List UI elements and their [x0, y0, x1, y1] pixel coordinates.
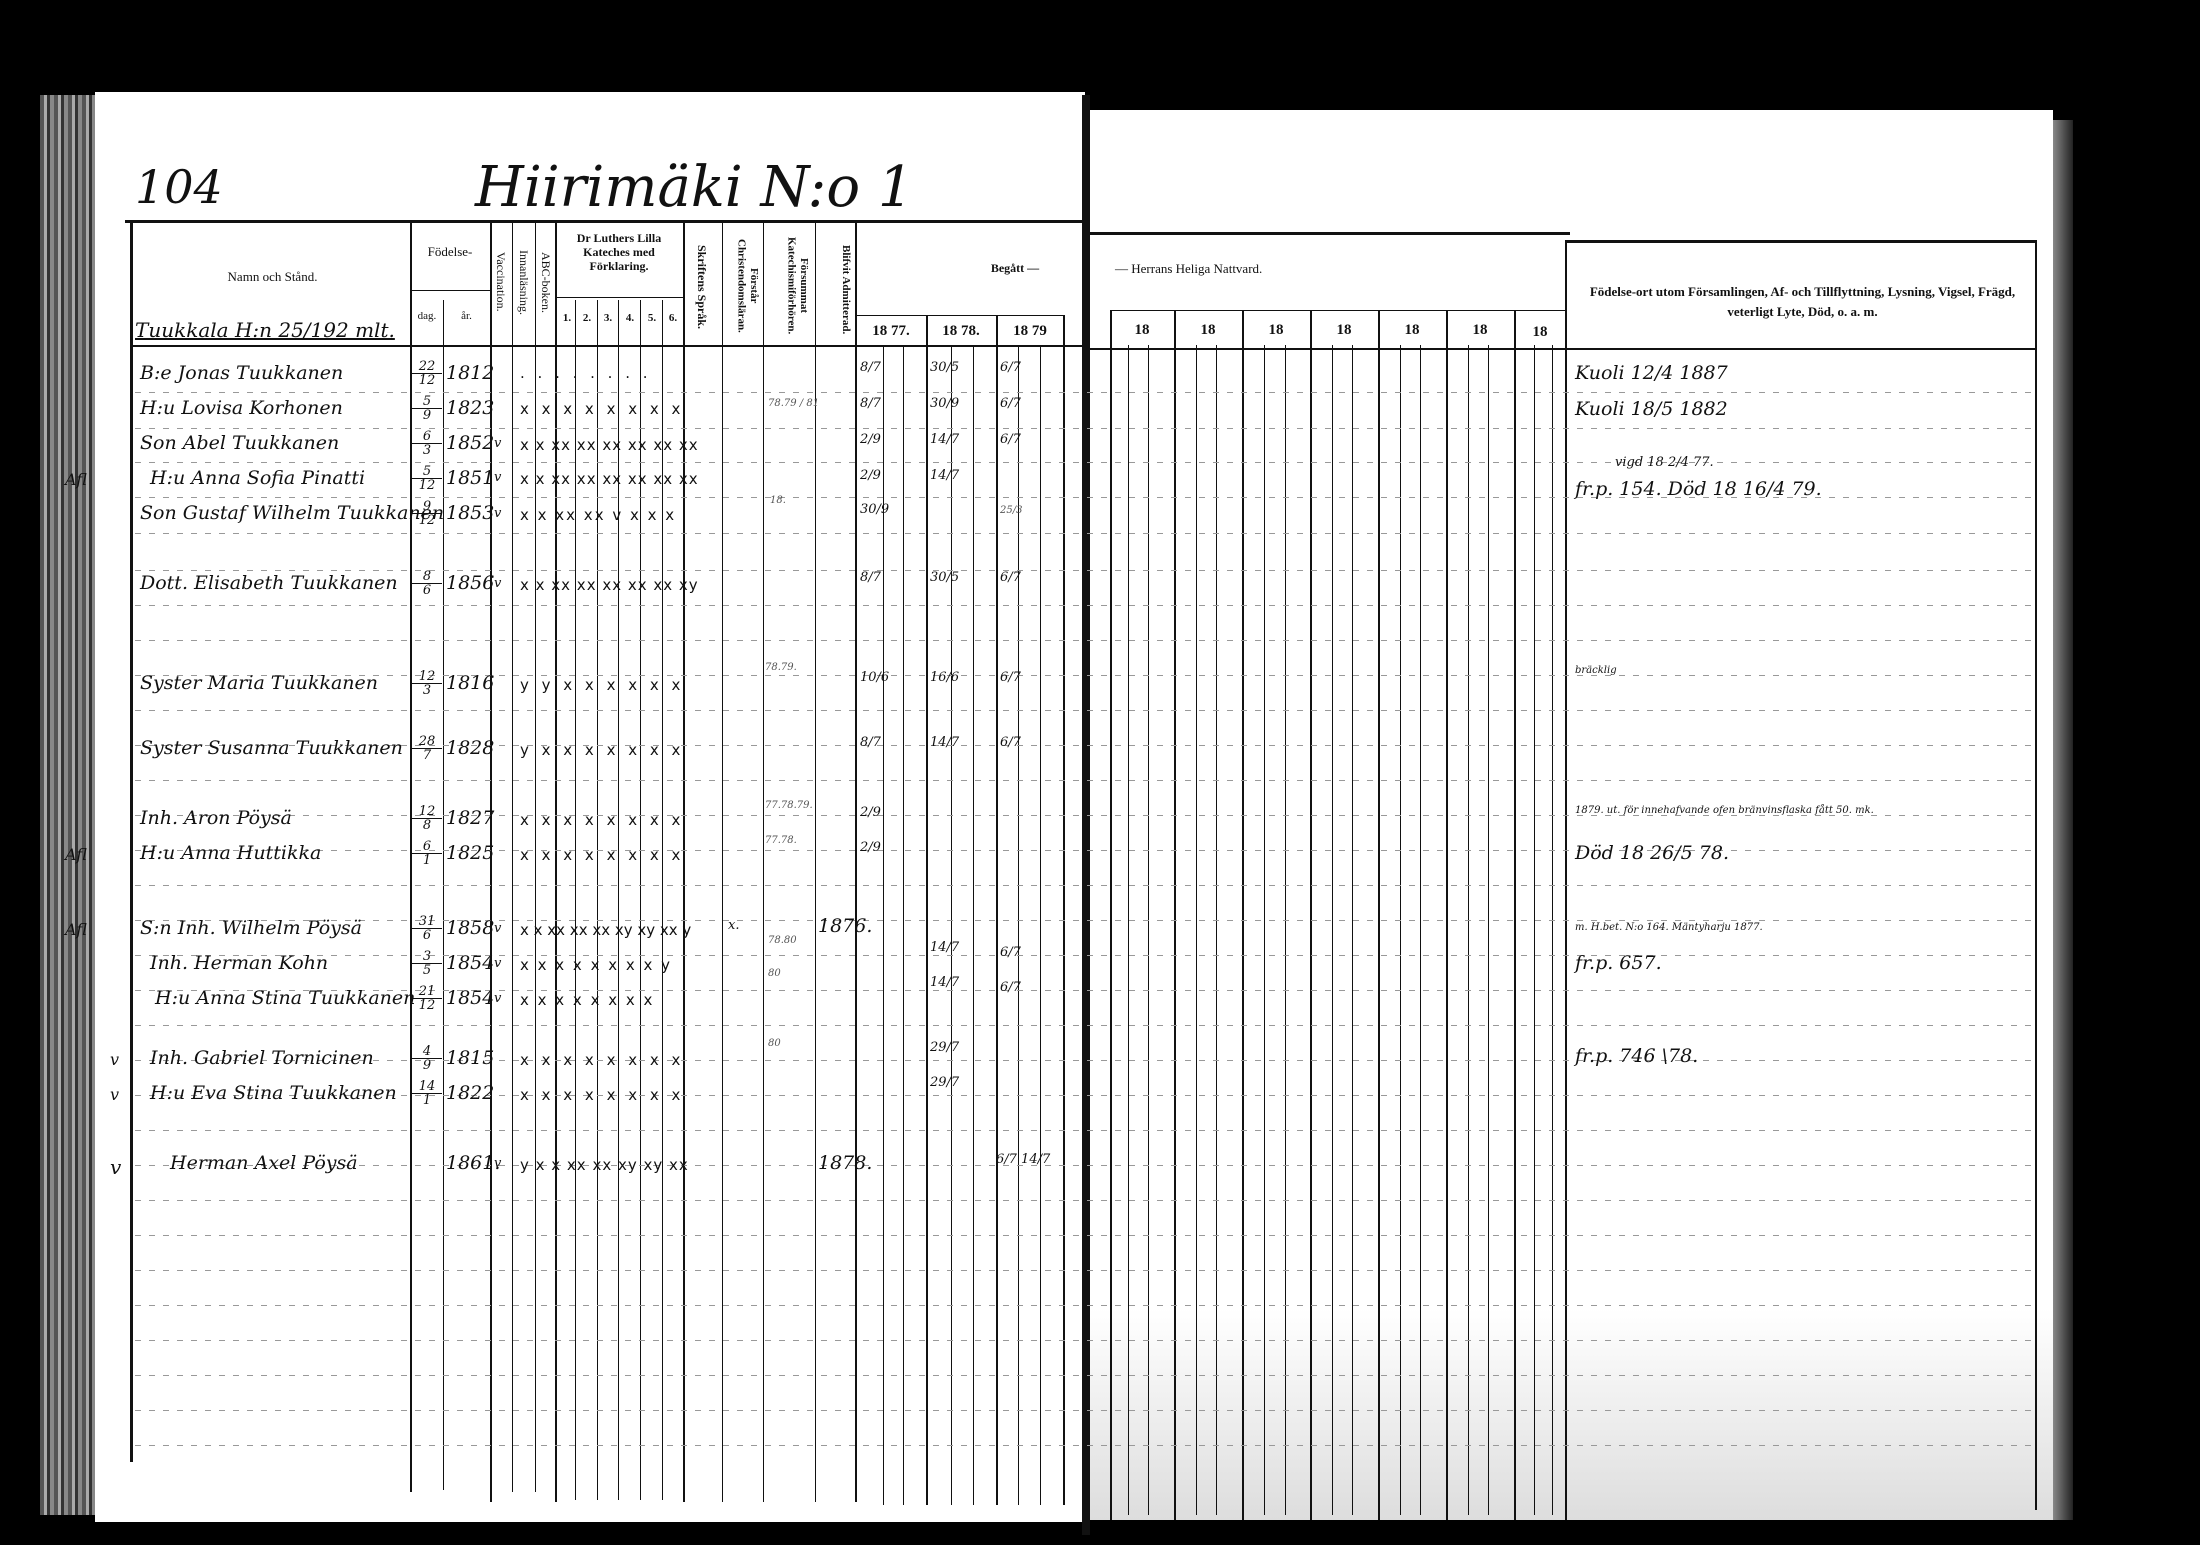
person-name: Syster Maria Tuukkanen	[140, 672, 378, 694]
birth-date: 123	[412, 670, 442, 697]
communion-1877: 2/9	[860, 468, 881, 483]
person-name: Inh. Aron Pöysä	[140, 807, 292, 829]
col-divider	[951, 345, 952, 1505]
header-communion-right: — Herrans Heliga Nattvard.	[1115, 262, 1365, 277]
understanding-mark: x.	[728, 918, 739, 933]
notes-right-border	[2035, 240, 2037, 1510]
person-name: B:e Jonas Tuukkanen	[140, 362, 343, 384]
communion-1878: 14/7	[930, 735, 959, 750]
birth-year: 1815	[446, 1047, 494, 1069]
reading-marks: x x x x x x x x	[520, 1086, 684, 1104]
person-name: Dott. Elisabeth Tuukkanen	[140, 572, 398, 594]
reading-marks: x x xx xx xx xy xy xx y	[520, 921, 691, 939]
vaccination: v	[494, 506, 501, 521]
communion-1879: 6/7	[1000, 396, 1021, 411]
reading-marks: y x x x x x x x	[520, 741, 684, 759]
col-divider	[443, 300, 444, 1490]
communion-1879: 6/7 14/7	[996, 1152, 1050, 1167]
vaccination: v	[494, 991, 501, 1006]
header-bottom-rule	[130, 345, 1085, 347]
person-name: Inh. Gabriel Tornicinen	[150, 1047, 374, 1069]
communion-1879: 6/7	[1000, 360, 1021, 375]
birth-date: 86	[412, 570, 442, 597]
birth-year: 1827	[446, 807, 494, 829]
header-cat-2: 2.	[577, 312, 597, 325]
header-year-1877: 18 77.	[858, 323, 924, 340]
person-name: H:u Anna Huttikka	[140, 842, 321, 864]
header-year-1878: 18 78.	[928, 323, 994, 340]
header-communion-left: Begått —	[960, 262, 1070, 276]
reading-marks: x x xx xx xx xx xx xy	[520, 576, 699, 594]
header-cat-1: 1.	[557, 312, 577, 325]
communion-1878: 14/7	[930, 940, 959, 955]
admitted-year: 1876.	[818, 915, 872, 937]
birth-year: 1828	[446, 737, 494, 759]
reading-marks: y y x x x x x x	[520, 676, 684, 694]
communion-1877: 8/7	[860, 396, 881, 411]
birth-year: 1825	[446, 842, 494, 864]
birth-year: 1851	[446, 467, 494, 489]
birth-year: 1854	[446, 987, 494, 1009]
birth-date: 316	[412, 915, 442, 942]
birth-date: 59	[412, 395, 442, 422]
header-rule	[410, 290, 490, 291]
col-divider	[855, 222, 857, 1502]
missed-catechism: 77.78.79.	[765, 800, 813, 811]
communion-1877: 8/7	[860, 570, 881, 585]
margin-mark: v	[110, 1085, 119, 1104]
col-divider	[512, 222, 513, 1492]
note: m. H.bet. N:o 164. Mäntyharju 1877.	[1575, 922, 1763, 933]
missed-catechism: 78.79 / 81	[768, 398, 819, 409]
birth-date: 35	[412, 950, 442, 977]
reading-marks: x x xx xx xx xx xx xx	[520, 470, 699, 488]
person-name: S:n Inh. Wilhelm Pöysä	[140, 917, 362, 939]
vaccination: v	[494, 470, 501, 485]
person-name: Inh. Herman Kohn	[150, 952, 328, 974]
admitted-year: 1878.	[818, 1152, 872, 1174]
header-reading: Innanläsning.	[516, 232, 530, 332]
person-name: H:u Anna Sofia Pinatti	[150, 467, 365, 489]
vaccination: v	[494, 436, 501, 451]
col-divider	[815, 222, 816, 1502]
header-rule	[555, 297, 683, 298]
left-border	[130, 222, 133, 1462]
communion-1879: 6/7	[1000, 570, 1021, 585]
communion-1878: 29/7	[930, 1075, 959, 1090]
communion-1878: 16/6	[930, 670, 959, 685]
header-understanding: Förstår Christendomsläran.	[726, 228, 760, 343]
person-name: Syster Susanna Tuukkanen	[140, 737, 403, 759]
col-divider	[1514, 310, 1516, 1520]
note: fr.p. 657.	[1575, 952, 1662, 974]
top-rule-left	[125, 220, 1085, 223]
birth-year: 1822	[446, 1082, 494, 1104]
col-divider	[1310, 310, 1312, 1520]
communion-1879: 6/7	[1000, 945, 1021, 960]
reading-marks: . . . . . . . .	[520, 364, 652, 382]
col-divider	[926, 315, 928, 1505]
birth-date: 49	[412, 1045, 442, 1072]
header-year-right: 18	[1448, 322, 1512, 339]
person-name: Son Abel Tuukkanen	[140, 432, 339, 454]
communion-1878: 30/9	[930, 396, 959, 411]
missed-catechism: 80	[768, 1038, 781, 1049]
vaccination: v	[494, 921, 501, 936]
missed-catechism: 80	[768, 968, 781, 979]
margin-mark: Afl	[65, 920, 87, 939]
communion-1879: 6/7	[1000, 980, 1021, 995]
header-year-right: 18	[1176, 322, 1240, 339]
header-year-right: 18	[1312, 322, 1376, 339]
col-divider	[1018, 345, 1019, 1505]
communion-1878: 30/5	[930, 570, 959, 585]
col-divider	[883, 345, 884, 1505]
header-notes: Födelse-ort utom Församlingen, Af- och T…	[1575, 282, 2030, 321]
birth-year: 1852	[446, 432, 494, 454]
header-cat-5: 5.	[642, 312, 662, 325]
person-name: H:u Lovisa Korhonen	[140, 397, 343, 419]
note: Kuoli 18/5 1882	[1575, 398, 1728, 420]
note: bräcklig	[1575, 665, 1617, 676]
header-cat-6: 6.	[663, 312, 683, 325]
vaccination: v	[494, 956, 501, 971]
birth-date: 63	[412, 430, 442, 457]
header-cat-4: 4.	[620, 312, 640, 325]
right-page-edge	[2053, 120, 2073, 1520]
reading-marks: x x xx xx v x x x	[520, 506, 676, 524]
communion-1878: 30/5	[930, 360, 959, 375]
birth-date: 128	[412, 805, 442, 832]
birth-year: 1854	[446, 952, 494, 974]
header-rule	[855, 315, 1065, 316]
header-catechism: Dr Luthers Lilla Katechеs med Förklaring…	[557, 232, 681, 273]
birth-date: 287	[412, 735, 442, 762]
communion-1878: 14/7	[930, 468, 959, 483]
reading-marks: x x x x x x x x	[520, 846, 684, 864]
col-divider	[1378, 310, 1380, 1520]
person-name: H:u Eva Stina Tuukkanen	[150, 1082, 397, 1104]
header-year-right: 18	[1380, 322, 1444, 339]
col-divider	[1242, 310, 1244, 1520]
communion-1879: 6/7	[1000, 670, 1021, 685]
col-divider	[1110, 310, 1112, 1520]
reading-marks: x x x x x x x x	[520, 811, 684, 829]
reading-marks: x x x x x x x x y	[520, 956, 672, 974]
margin-mark: v	[110, 1050, 119, 1069]
top-rule-right	[1090, 232, 1570, 235]
header-year-1879: 18 79	[998, 323, 1062, 340]
note: fr.p. 154. Död 18 16/4 79.	[1575, 478, 1822, 500]
header-rule	[1110, 310, 1565, 311]
reading-marks: y x x xx xx xy xy xx	[520, 1156, 689, 1174]
header-missed: Försummat Katechismiförhören.	[770, 228, 810, 343]
header-birth-day: dag.	[411, 310, 443, 323]
missed-catechism: 78.79.	[765, 662, 797, 673]
col-divider	[1040, 345, 1041, 1505]
col-divider	[903, 345, 904, 1505]
header-year-right: 18	[1516, 324, 1564, 341]
communion-1877: 2/9	[860, 432, 881, 447]
communion-1877: 2/9	[860, 805, 881, 820]
birth-year: 1812	[446, 362, 494, 384]
person-name: Son Gustaf Wilhelm Tuukkanen	[140, 502, 444, 524]
notes-divider	[1565, 240, 1567, 1520]
birth-year: 1861.	[446, 1152, 500, 1174]
header-year-right: 18	[1112, 322, 1172, 339]
communion-1878: 14/7	[930, 432, 959, 447]
col-divider	[1446, 310, 1448, 1520]
header-vaccination: Vaccination.	[493, 232, 507, 332]
col-divider	[1063, 315, 1065, 1505]
col-divider	[973, 345, 974, 1505]
birth-date: 61	[412, 840, 442, 867]
header-year-right: 18	[1244, 322, 1308, 339]
communion-1879: 6/7	[1000, 432, 1021, 447]
missed-catechism: 78.80	[768, 935, 797, 946]
communion-1877: 10/6	[860, 670, 889, 685]
header-name: Namn och Stånd.	[140, 270, 405, 285]
communion-1877: 2/9	[860, 840, 881, 855]
village-line: Tuukkala H:n 25/192 mlt.	[135, 318, 395, 342]
communion-1877: 8/7	[860, 360, 881, 375]
note: fr.p. 746 \78.	[1575, 1045, 1698, 1067]
birth-date: 2112	[412, 985, 442, 1012]
vaccination: v	[494, 1156, 501, 1171]
header-scripture: Skriftens Språk.	[694, 232, 708, 342]
communion-1877: 8/7	[860, 735, 881, 750]
communion-1879: 6/7	[1000, 735, 1021, 750]
margin-mark: Afl	[65, 470, 87, 489]
header-abc: ABC-boken.	[538, 232, 552, 332]
col-divider	[996, 315, 998, 1505]
birth-year: 1816	[446, 672, 494, 694]
communion-1879: 25/3	[1000, 505, 1022, 516]
header-bottom-rule-right	[1090, 348, 2035, 350]
reading-marks: x x x x x x x x	[520, 1051, 684, 1069]
reading-marks: x x x x x x x x	[520, 400, 684, 418]
birth-year: 1858	[446, 917, 494, 939]
birth-year: 1823	[446, 397, 494, 419]
page-number: 104	[135, 160, 223, 214]
vaccination: v	[494, 576, 501, 591]
communion-1877: 30/9	[860, 502, 889, 517]
communion-1878: 14/7	[930, 975, 959, 990]
communion-1878: 29/7	[930, 1040, 959, 1055]
header-birth: Födelse-	[412, 245, 488, 260]
birth-year: 1853	[446, 502, 494, 524]
col-divider	[722, 222, 723, 1502]
col-divider	[1174, 310, 1176, 1520]
margin-mark: v	[110, 1155, 121, 1179]
col-divider	[763, 222, 764, 1502]
reading-marks: x x xx xx xx xx xx xx	[520, 436, 699, 454]
header-cat-3: 3.	[598, 312, 618, 325]
note: Kuoli 12/4 1887	[1575, 362, 1728, 384]
book-spine-edge	[40, 95, 95, 1515]
top-rule-notes	[1565, 240, 2035, 243]
birth-year: 1856	[446, 572, 494, 594]
header-admitted: Blifvit Admitterad.	[822, 240, 852, 340]
note: Död 18 26/5 78.	[1575, 842, 1729, 864]
birth-date: 912	[412, 500, 442, 527]
header-birth-year: år.	[444, 310, 489, 323]
reading-marks: x x x x x x x x	[520, 991, 654, 1009]
birth-date: 512	[412, 465, 442, 492]
birth-date: 141	[412, 1080, 442, 1107]
note: 1879. ut. för innehafvande ofen bränvins…	[1575, 805, 1874, 816]
margin-mark: Afl	[65, 845, 87, 864]
note: vigd 18 2/4 77.	[1615, 455, 1714, 470]
person-name: H:u Anna Stina Tuukkanen	[155, 987, 415, 1009]
missed-catechism: 18.	[770, 495, 786, 506]
person-name: Herman Axel Pöysä	[170, 1152, 358, 1174]
missed-catechism: 77.78.	[765, 835, 797, 846]
page-title: Hiirimäki N:o 1	[475, 155, 913, 220]
birth-date: 2212	[412, 360, 442, 387]
